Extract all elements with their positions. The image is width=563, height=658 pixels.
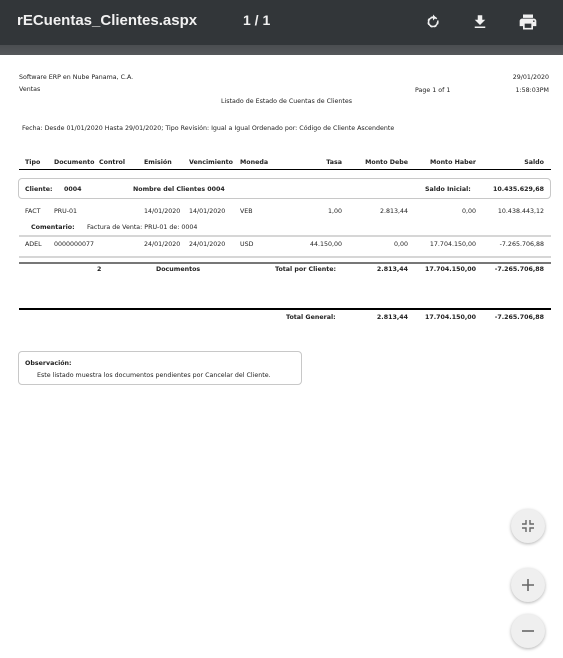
col-control: Control — [99, 159, 125, 166]
client-header-box — [18, 178, 551, 199]
pdf-viewer-toolbar: rECuentas_Clientes.aspx 1 / 1 — [0, 0, 563, 45]
grand-total-haber: 17.704.150,00 — [425, 314, 476, 321]
observation-box — [18, 351, 302, 385]
rotate-button[interactable] — [420, 9, 446, 35]
rotate-icon — [424, 13, 442, 31]
download-button[interactable] — [467, 9, 493, 35]
col-vencimiento: Vencimiento — [189, 159, 233, 166]
document-count-label: Documentos — [156, 266, 200, 273]
col-tipo: Tipo — [25, 159, 40, 166]
report-title: Listado de Estado de Cuentas de Clientes — [221, 98, 352, 105]
grand-total-debe: 2.813,44 — [377, 314, 408, 321]
cell-moneda: VEB — [240, 208, 253, 215]
comment-label: Comentario: — [31, 224, 75, 231]
col-monto-haber: Monto Haber — [430, 159, 476, 166]
zoom-in-button[interactable] — [511, 568, 545, 602]
row-divider — [19, 256, 551, 258]
cell-emision: 14/01/2020 — [144, 208, 180, 215]
client-total-debe: 2.813,44 — [377, 266, 408, 273]
cell-documento: 0000000077 — [54, 241, 94, 248]
initial-balance: 10.435.629,68 — [493, 186, 544, 193]
client-code: 0004 — [64, 186, 82, 193]
col-monto-debe: Monto Debe — [365, 159, 408, 166]
cell-debe: 0,00 — [394, 241, 408, 248]
report-filters: Fecha: Desde 01/01/2020 Hasta 29/01/2020… — [22, 125, 394, 132]
cell-tasa: 1,00 — [328, 208, 342, 215]
cell-moneda: USD — [240, 241, 253, 248]
row-divider — [19, 235, 551, 237]
client-name: Nombre del Clientes 0004 — [133, 186, 225, 193]
observation-text: Este listado muestra los documentos pend… — [37, 372, 271, 379]
plus-icon — [521, 578, 535, 592]
cell-haber: 0,00 — [462, 208, 476, 215]
fit-to-page-button[interactable] — [511, 509, 545, 543]
cell-saldo: -7.265.706,88 — [500, 241, 544, 248]
cell-vencimiento: 14/01/2020 — [189, 208, 225, 215]
report-date: 29/01/2020 — [513, 74, 549, 81]
col-emision: Emisión — [144, 159, 172, 166]
fit-to-page-icon — [521, 519, 535, 533]
grand-total-label: Total General: — [286, 314, 336, 321]
grand-total-divider — [19, 308, 551, 310]
minus-icon — [521, 624, 535, 638]
print-button[interactable] — [515, 9, 541, 35]
observation-label: Observación: — [25, 360, 72, 367]
download-icon — [471, 13, 489, 31]
zoom-out-button[interactable] — [511, 614, 545, 648]
client-total-haber: 17.704.150,00 — [425, 266, 476, 273]
page-counter: 1 / 1 — [243, 12, 270, 28]
page-info: Page 1 of 1 — [415, 87, 450, 94]
client-total-label: Total por Cliente: — [275, 266, 336, 273]
cell-emision: 24/01/2020 — [144, 241, 180, 248]
cell-documento: PRU-01 — [54, 208, 77, 215]
report-time: 1:58:03PM — [515, 87, 549, 94]
col-saldo: Saldo — [524, 159, 544, 166]
client-total-saldo: -7.265.706,88 — [495, 266, 544, 273]
cell-tipo: ADEL — [25, 241, 42, 248]
initial-balance-label: Saldo Inicial: — [425, 186, 471, 193]
module-name: Ventas — [19, 86, 40, 93]
cell-vencimiento: 24/01/2020 — [189, 241, 225, 248]
cell-haber: 17.704.150,00 — [430, 241, 476, 248]
company-name: Software ERP en Nube Panama, C.A. — [19, 74, 133, 81]
cell-saldo: 10.438.443,12 — [498, 208, 544, 215]
cell-tipo: FACT — [25, 208, 40, 215]
col-moneda: Moneda — [240, 159, 268, 166]
cell-debe: 2.813,44 — [380, 208, 408, 215]
document-count: 2 — [97, 266, 101, 273]
client-label: Cliente: — [25, 186, 53, 193]
cell-tasa: 44.150,00 — [310, 241, 342, 248]
grand-total-saldo: -7.265.706,88 — [495, 314, 544, 321]
comment-text: Factura de Venta: PRU-01 de: 0004 — [87, 224, 197, 231]
total-divider — [19, 262, 551, 264]
toolbar-divider — [0, 45, 563, 55]
header-divider — [19, 169, 551, 170]
col-tasa: Tasa — [326, 159, 342, 166]
col-documento: Documento — [54, 159, 94, 166]
document-title: rECuentas_Clientes.aspx — [17, 12, 197, 29]
print-icon — [518, 12, 538, 32]
